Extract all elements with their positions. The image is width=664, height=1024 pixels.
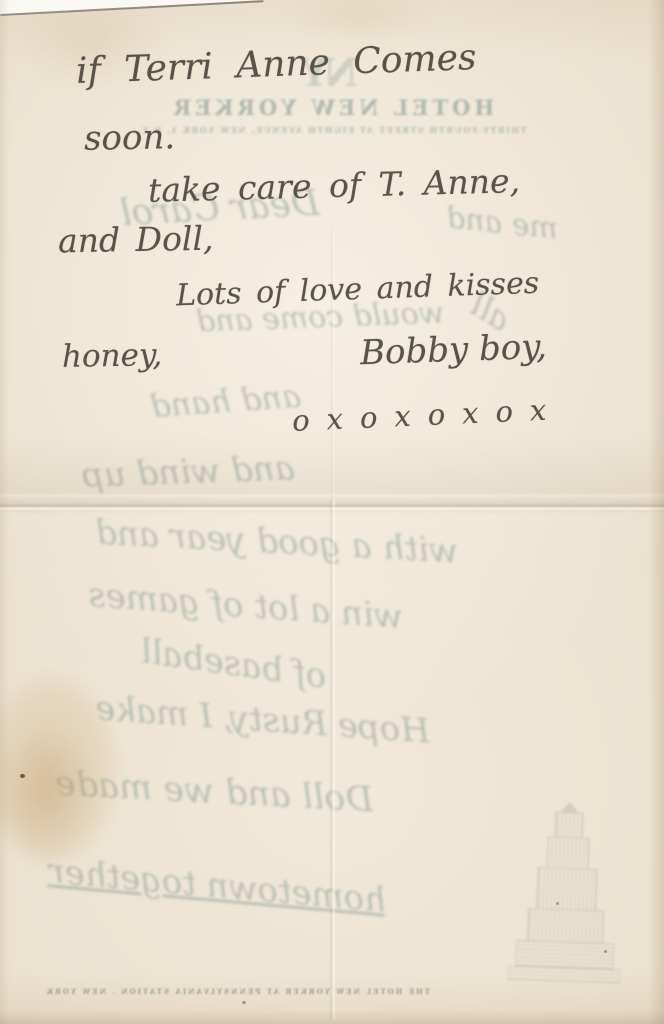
building-tier: [536, 867, 597, 910]
paper-stain: [0, 700, 120, 890]
fold-crease-vertical: [329, 500, 336, 1020]
fold-crease-vertical-faint: [330, 228, 335, 502]
bleedthrough-line: me and: [444, 200, 559, 247]
handwriting-signature: Bobby boy,: [359, 327, 547, 373]
handwriting-line: soon.: [84, 117, 176, 159]
bleedthrough-line: win a lot of games: [87, 575, 404, 637]
hotel-building-illustration: [509, 796, 625, 984]
hotel-address: THIRTY-FOURTH STREET AT EIGHTH AVENUE, N…: [132, 125, 532, 135]
building-base-skirt: [508, 966, 620, 984]
scanned-letter-page: NY HOTEL NEW YORKER THIRTY-FOURTH STREET…: [0, 0, 664, 1024]
page-edge-shading: [648, 0, 664, 1024]
bleedthrough-line: with a good year and: [94, 513, 459, 572]
building-tier: [547, 836, 590, 868]
bleedthrough-line: of baseball: [138, 631, 329, 697]
building-base: [515, 940, 614, 969]
page-edge-shading: [0, 0, 10, 1024]
footer-fineprint-bleedthrough: THE HOTEL NEW YORKER AT PENNSYLVANIA STA…: [26, 987, 430, 998]
building-tier: [527, 908, 604, 944]
building-spire: [561, 802, 579, 813]
hotel-name: HOTEL NEW YORKER: [132, 95, 532, 120]
building-tier: [555, 812, 584, 838]
paper-speck: [604, 950, 607, 953]
bleedthrough-line: and hand: [149, 377, 302, 425]
paper-speck: [20, 774, 25, 778]
handwriting-line: and Doll,: [58, 219, 214, 261]
paper-speck: [242, 1001, 246, 1004]
handwriting-line: honey,: [62, 337, 163, 375]
page-edge-shading: [0, 1010, 664, 1024]
paper-speck: [556, 902, 559, 905]
